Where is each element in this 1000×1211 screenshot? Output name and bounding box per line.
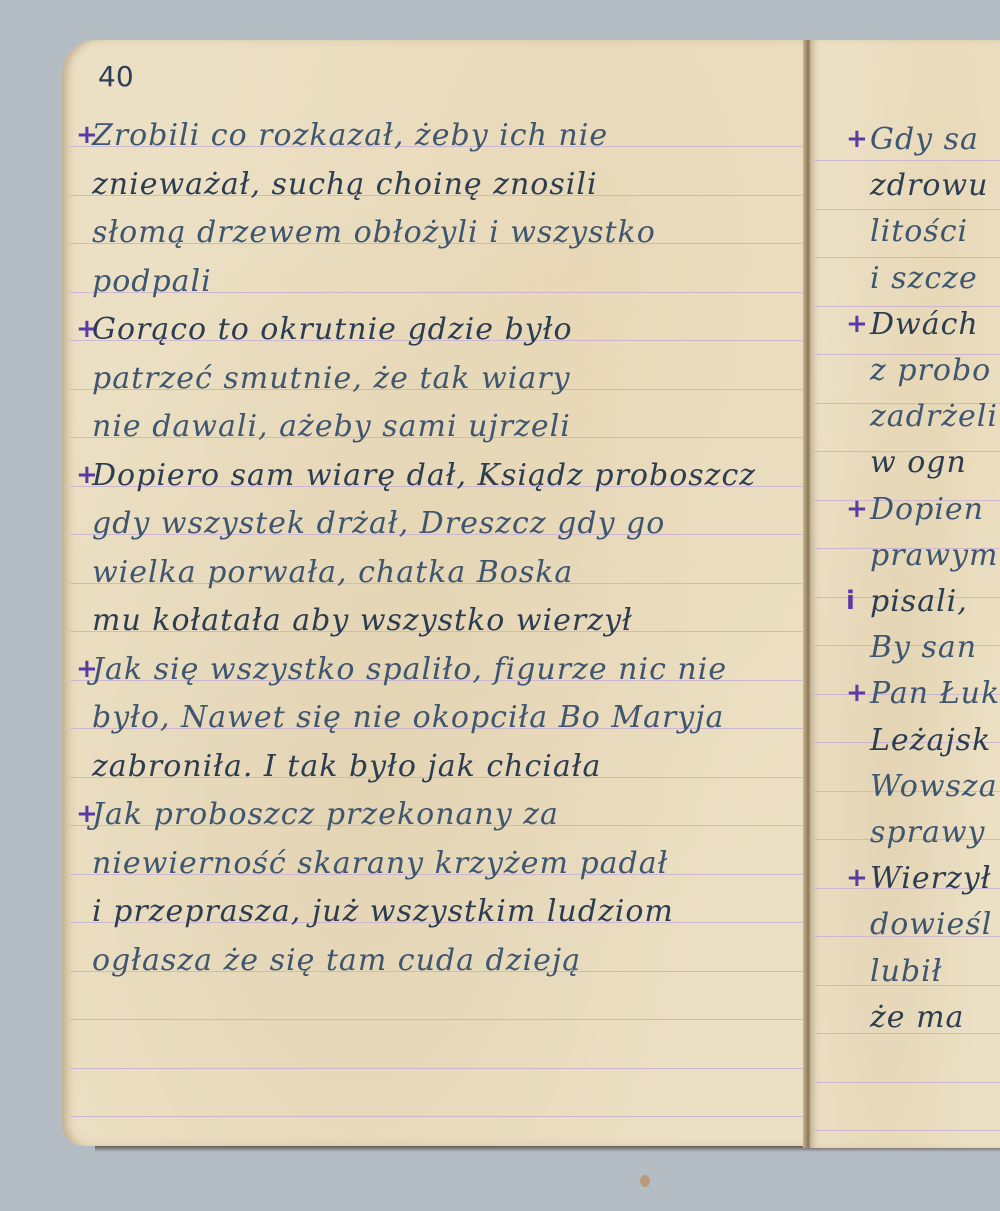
rule-line [814,257,1000,258]
handwritten-line: Pan Łuk [870,676,1000,711]
left-page [62,40,806,1146]
handwritten-line: Zrobili co rozkazał, żeby ich nie [92,118,608,153]
handwritten-line: Dopien [870,492,984,527]
verse-marker-icon: + [846,678,868,708]
verse-marker-icon: + [846,863,868,893]
handwritten-line: podpali [92,264,212,299]
handwritten-line: zdrowu [870,168,988,203]
handwritten-line: że ma [870,1000,964,1035]
rule-line [70,1116,804,1117]
verse-marker-icon: + [846,124,868,154]
handwritten-line: Leżajsk [870,723,991,758]
handwritten-line: Wowsza [870,769,998,804]
stain [640,1175,650,1187]
handwritten-line: niewierność skarany krzyżem padał [92,846,668,881]
handwritten-line: gdy wszystek drżał, Dreszcz gdy go [92,506,665,541]
handwritten-line: zabroniła. I tak było jak chciała [92,749,601,784]
rule-line [814,1179,1000,1180]
handwritten-line: wielka porwała, chatka Boska [92,555,573,590]
handwritten-line: litości [870,214,968,249]
handwritten-line: w ogn [870,445,967,480]
rule-line [70,1165,804,1166]
handwritten-line: Dwách [870,307,979,342]
handwritten-line: Gdy sa [870,122,979,157]
rule-line [814,1130,1000,1131]
handwritten-line: Jak proboszcz przekonany za [92,797,559,832]
handwritten-line: było, Nawet się nie okopciła Bo Maryja [92,700,724,735]
rule-line [70,1068,804,1069]
rule-line [814,209,1000,210]
verse-marker-icon: + [846,309,868,339]
handwritten-line: nie dawali, ażeby sami ujrzeli [92,409,571,444]
handwritten-line: dowieśl [870,907,992,942]
handwritten-line: z probo [870,353,991,388]
handwritten-line: pisali, [870,584,968,619]
handwritten-line: prawym [870,538,999,573]
handwritten-line: znieważał, suchą choinę znosili [92,167,598,202]
handwritten-line: Wierzył [870,861,991,896]
rule-line [814,1082,1000,1083]
verse-marker-icon: i [846,586,855,616]
rule-line [814,160,1000,161]
handwritten-line: By san [870,630,977,665]
handwritten-line: Gorąco to okrutnie gdzie było [92,312,573,347]
handwritten-line: zadrżeli [870,399,998,434]
handwritten-line: ogłasza że się tam cuda dzieją [92,943,581,978]
rule-line [70,1019,804,1020]
verse-marker-icon: + [846,494,868,524]
handwritten-line: mu kołatała aby wszystko wierzył [92,603,633,638]
handwritten-line: patrzeć smutnie, że tak wiary [92,361,571,396]
handwritten-line: i przeprasza, już wszystkim ludziom [92,894,674,929]
handwritten-line: i szcze [870,261,978,296]
handwritten-line: sprawy [870,815,985,850]
handwritten-line: Dopiero sam wiarę dał, Ksiądz proboszcz [92,458,756,493]
handwritten-line: Jak się wszystko spaliło, figurze nic ni… [92,652,727,687]
page-number: 40 [98,60,134,93]
handwritten-line: lubił [870,954,942,989]
handwritten-line: słomą drzewem obłożyli i wszystko [92,215,656,250]
